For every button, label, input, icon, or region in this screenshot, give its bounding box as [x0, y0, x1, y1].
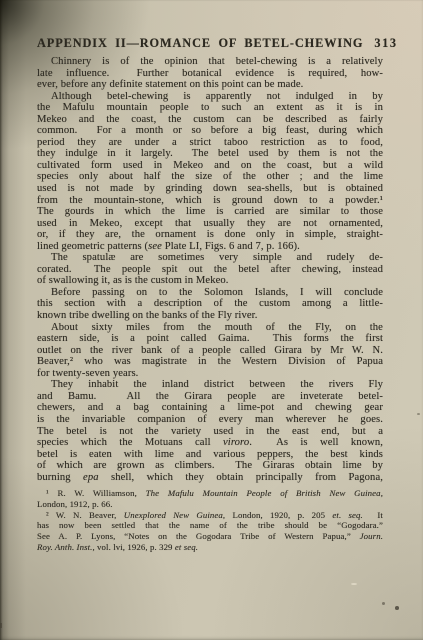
text-line: The betel is not the variety used in the…: [37, 426, 383, 438]
text-line: and Bamu. All the Girara people are inve…: [37, 391, 383, 403]
text-line: used is not made by grinding down sea-sh…: [37, 183, 383, 195]
text-line: known tribe dwelling on the banks of the…: [37, 310, 383, 322]
footnotes: ¹ R. W. Williamson, The Mafulu Mountain …: [37, 488, 383, 553]
scan-speck: [382, 602, 385, 605]
text-line: ¹ R. W. Williamson, The Mafulu Mountain …: [37, 488, 383, 499]
page-number: 313: [374, 36, 397, 50]
scan-scratch: [351, 583, 357, 585]
text-line: burning epa shell, which they obtain pri…: [37, 472, 383, 484]
text-line: they indulge in it largely. The betel us…: [37, 148, 383, 160]
text-line: corated. The people spit out the betel a…: [37, 264, 383, 276]
text-line: this section with a description of the c…: [37, 298, 383, 310]
text-line: Before passing on to the Solomon Islands…: [37, 287, 383, 299]
text-line: About sixty miles from the mouth of the …: [37, 322, 383, 334]
text-line: Chinnery is of the opinion that betel-ch…: [37, 56, 383, 68]
text-line: late influence. Further botanical eviden…: [37, 68, 383, 80]
text-line: Although betel-chewing is apparently not…: [37, 91, 383, 103]
text-line: of which are grown as climbers. The Gira…: [37, 460, 383, 472]
text-line: The spatulæ are sometimes very simple an…: [37, 252, 383, 264]
text-line: common. For a month or so before a big f…: [37, 125, 383, 137]
header-title: APPENDIX II—ROMANCE OF BETEL-CHEWING: [37, 36, 363, 50]
book-page-scan: APPENDIX II—ROMANCE OF BETEL-CHEWING313 …: [0, 0, 423, 640]
text-line: or, if they are, the ornament is done on…: [37, 229, 383, 241]
text-line: for twenty-seven years.: [37, 368, 383, 380]
text-line: The gourds in which the lime is carried …: [37, 206, 383, 218]
text-line: the Mafulu mountain people to such an ex…: [37, 102, 383, 114]
text-line: from the mountain-stone, which is ground…: [37, 195, 383, 207]
text-line: lined geometric patterns (see Plate LI, …: [37, 241, 383, 253]
scan-speck: [395, 606, 399, 610]
text-line: species which the Motuans call viroro. A…: [37, 437, 383, 449]
text-line: See A. P. Lyons, “Notes on the Gogodara …: [37, 531, 383, 542]
text-line: species only about half the size of the …: [37, 171, 383, 183]
scan-speck: [417, 413, 420, 415]
text-line: ever, before any definite statement on t…: [37, 79, 383, 91]
text-line: of swallowing it, as is the custom in Me…: [37, 275, 383, 287]
text-line: Beaver,² who was magistrate in the Weste…: [37, 356, 383, 368]
text-line: ² W. N. Beaver, Unexplored New Guinea, L…: [37, 510, 383, 521]
text-line: cultivated form used in Mekeo and on the…: [37, 160, 383, 172]
text-line: has now been settled that the name of th…: [37, 520, 383, 531]
body-text: Chinnery is of the opinion that betel-ch…: [37, 56, 383, 483]
text-line: outlet on the river bank of a people cal…: [37, 345, 383, 357]
text-line: London, 1912, p. 66.: [37, 499, 383, 510]
text-line: eastern side, is a point called Gaima. T…: [37, 333, 383, 345]
scan-speck: [0, 623, 2, 628]
running-header: APPENDIX II—ROMANCE OF BETEL-CHEWING313: [37, 36, 383, 51]
text-line: Roy. Anth. Inst., vol. lvi, 1926, p. 329…: [37, 542, 383, 553]
text-line: is the invariable companion of every man…: [37, 414, 383, 426]
text-line: chewers, and a bag containing a lime-pot…: [37, 402, 383, 414]
text-line: used in Mekeo, except that usually they …: [37, 218, 383, 230]
text-line: betel is eaten with lime and various pep…: [37, 449, 383, 461]
text-line: They inhabit the inland district between…: [37, 379, 383, 391]
text-line: Mekeo and the coast, the custom can be d…: [37, 114, 383, 126]
text-line: period they are under a strict taboo res…: [37, 137, 383, 149]
